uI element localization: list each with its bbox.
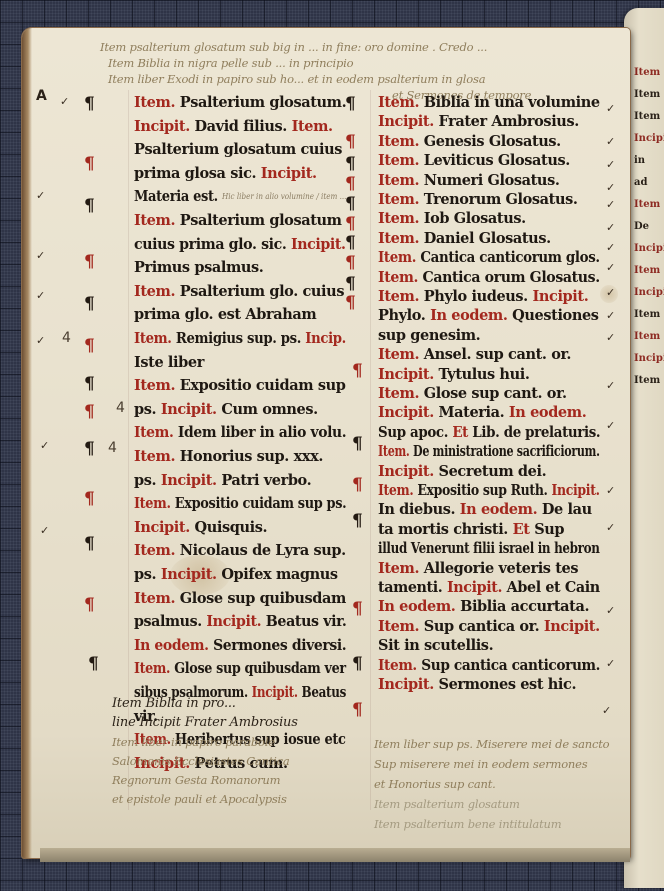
rubric-text: In eodem. <box>378 598 455 615</box>
entry-line: Sup apoc. Et Lib. de prelaturis. <box>378 424 600 442</box>
check-mark-icon: ✓ <box>36 250 45 262</box>
entry-text: Secretum dei. <box>434 463 546 480</box>
entry-line: Item. Numeri Glosatus. <box>378 172 560 190</box>
rubric-text: Item. <box>134 330 172 347</box>
entry-text: sup genesim. <box>378 327 480 344</box>
entry-text: Remigius sup. ps. <box>172 330 306 347</box>
rubric-text: In eodem. <box>430 307 507 324</box>
facing-page-line: Item <box>634 200 664 209</box>
rubric-text: Item. <box>378 210 419 227</box>
paraph-mark-icon: ¶ <box>345 175 356 193</box>
rubric-text: Item. <box>134 94 175 111</box>
rubric-text: Item. <box>134 424 173 441</box>
facing-page-edge: ItemItemItemIncipitinadItemDeIncipitItem… <box>624 8 664 888</box>
entry-text: Cum omnes. <box>217 401 318 418</box>
check-mark-icon: ✓ <box>606 605 615 617</box>
check-mark-icon: ✓ <box>36 335 45 347</box>
top-note-line-1: Item psalterium glosatum sub big in ... … <box>100 40 487 54</box>
check-mark-icon: ✓ <box>606 658 615 670</box>
check-mark-icon: ✓ <box>36 190 45 202</box>
check-mark-icon: ✓ <box>606 136 615 148</box>
entry-line: Item. Sup cantica canticorum. <box>378 657 600 675</box>
added-entry: et Honorius sup cant. <box>374 777 496 791</box>
rubric-text: In eodem. <box>460 501 537 518</box>
added-entry: Sup miserere mei in eodem sermones <box>374 757 587 771</box>
entry-text: Expositio sup Ruth. <box>413 482 551 499</box>
entry-text: Questiones <box>508 307 599 324</box>
entry-line: Incipit. David filius. Item. <box>134 118 333 136</box>
entry-text: Beatus vir. <box>261 613 346 630</box>
entry-line: cuius prima glo. sic. Incipit. <box>134 236 346 254</box>
paraph-mark-icon: ¶ <box>352 362 363 380</box>
rubric-text: Item. <box>292 118 333 135</box>
entry-line: Primus psalmus. <box>134 259 263 277</box>
entry-line: Item. Daniel Glosatus. <box>378 230 551 248</box>
check-mark-icon: ✓ <box>606 380 615 392</box>
rubric-text: Item. <box>378 230 419 247</box>
entry-line: Item. Psalterium glo. cuius <box>134 283 344 301</box>
added-entry: Item psalterium bene intitulatum <box>374 817 561 831</box>
entry-line: Phylo. In eodem. Questiones <box>378 307 599 325</box>
rubric-text: Incipit. <box>378 676 434 693</box>
rubric-text: Item. <box>378 482 413 499</box>
rubric-text: Incipit. <box>291 236 346 253</box>
entry-text: Honorius sup. xxx. <box>175 448 323 465</box>
entry-line: In eodem. Biblia accurtata. <box>378 598 589 616</box>
entry-line: Item. Glose sup quibusdam ver <box>134 660 346 678</box>
rubric-text: Incipit. <box>378 113 434 130</box>
entry-text: Leviticus Glosatus. <box>419 152 570 169</box>
entry-line: Item. Idem liber in alio volu. <box>134 424 346 442</box>
facing-page-line: Item <box>634 310 664 319</box>
rubric-text: Incipit. <box>261 165 317 182</box>
entry-text: Materia est. <box>134 188 222 205</box>
paraph-mark-icon: ¶ <box>84 95 95 113</box>
entry-text: Glose sup quibusdam <box>175 590 346 607</box>
added-entry: Item liber in papiro parabole <box>112 735 275 749</box>
check-mark-icon: ✓ <box>606 199 615 211</box>
rubric-text: Item. <box>378 618 419 635</box>
entry-line: Item. Genesis Glosatus. <box>378 133 561 151</box>
facing-page-line: De <box>634 222 664 231</box>
rubric-text: Incipit. <box>206 613 261 630</box>
entry-line: Item. Cantica canticorum glos. <box>378 249 600 267</box>
entry-line: prima glosa sic. Incipit. <box>134 165 317 183</box>
entry-text: Materia. <box>434 404 509 421</box>
entry-line: Incipit. Materia. In eodem. <box>378 404 586 422</box>
rubric-text: Item. <box>378 133 419 150</box>
paraph-mark-icon: ¶ <box>345 95 356 113</box>
entry-text: illud Venerunt filii israel in hebron <box>378 540 600 557</box>
rubric-text: Item. <box>134 590 175 607</box>
margin-mark-4: 4 <box>116 400 125 416</box>
entry-text: Primus psalmus. <box>134 259 263 276</box>
paraph-mark-icon: ¶ <box>84 197 95 215</box>
entry-line: Item. De ministratione sacrificiorum. <box>378 443 600 461</box>
added-entry: Item psalterium glosatum <box>374 797 520 811</box>
rubric-text: Item. <box>378 191 419 208</box>
check-mark-icon: ✓ <box>40 525 49 537</box>
ruling-line-right <box>370 90 371 810</box>
rubric-text: Incipit. <box>378 366 434 383</box>
rubric-text: Item. <box>134 660 170 677</box>
check-mark-icon: ✓ <box>606 332 615 344</box>
entry-line: Item. Expositio cuidam sup <box>134 377 346 395</box>
rubric-text: In eodem. <box>509 404 586 421</box>
entry-text: Allegorie veteris tes <box>419 560 578 577</box>
rubric-text: Incipit. <box>252 684 298 701</box>
rubric-text: Et <box>452 424 468 441</box>
entry-text: Lib. de prelaturis. <box>468 424 600 441</box>
rubric-text: Item. <box>134 377 175 394</box>
rubric-text: Item. <box>378 560 419 577</box>
paraph-mark-icon: ¶ <box>88 655 99 673</box>
entry-text: psalmus. <box>134 613 206 630</box>
rubric-text: Et <box>513 521 530 538</box>
entry-text: Iob Glosatus. <box>419 210 526 227</box>
entry-text: Nicolaus de Lyra sup. <box>175 542 346 559</box>
check-mark-icon: ✓ <box>60 96 69 108</box>
paraph-mark-icon: ¶ <box>84 337 95 355</box>
entry-text: Ansel. sup cant. or. <box>419 346 571 363</box>
entry-line: Incipit. Quisquis. <box>134 519 267 537</box>
rubric-text: Incipit. <box>552 482 600 499</box>
entry-text: Sup apoc. <box>378 424 452 441</box>
paraph-mark-icon: ¶ <box>345 234 356 252</box>
entry-line: ps. Incipit. Cum omnes. <box>134 401 318 419</box>
entry-text: prima glosa sic. <box>134 165 261 182</box>
check-mark-icon: ✓ <box>606 182 615 194</box>
entry-line: illud Venerunt filii israel in hebron <box>378 540 600 558</box>
entry-text: Phylo iudeus. <box>419 288 532 305</box>
paraph-mark-icon: ¶ <box>352 655 363 673</box>
rubric-text: Item. <box>134 212 175 229</box>
paraph-mark-icon: ¶ <box>345 215 356 233</box>
entry-text: Psalterium glosatum cuius <box>134 141 342 158</box>
entry-text: ps. <box>134 472 161 489</box>
paraph-mark-icon: ¶ <box>84 440 95 458</box>
entry-text: De ministratione sacrificiorum. <box>409 443 599 460</box>
entry-line: Iste liber <box>134 354 204 372</box>
rubric-text: Incip. <box>305 330 346 347</box>
paraph-mark-icon: ¶ <box>84 596 95 614</box>
entry-text: Beatus <box>298 684 346 701</box>
entry-line: psalmus. Incipit. Beatus vir. <box>134 613 346 631</box>
entry-line: prima glo. est Abraham <box>134 306 316 324</box>
entry-line: Incipit. Tytulus hui. <box>378 366 529 384</box>
entry-line: ta mortis christi. Et Sup <box>378 521 564 539</box>
check-mark-icon: ✓ <box>602 705 611 717</box>
check-mark-icon: ✓ <box>606 159 615 171</box>
paraph-mark-icon: ¶ <box>345 254 356 272</box>
entry-line: Item. Glose sup quibusdam <box>134 590 346 608</box>
facing-page-line: ad <box>634 178 664 187</box>
entry-line: In eodem. Sermones diversi. <box>134 637 346 655</box>
entry-text: Sup cantica canticorum. <box>417 657 600 674</box>
paraph-mark-icon: ¶ <box>352 435 363 453</box>
facing-page-line: Incipit <box>634 244 664 253</box>
paraph-mark-icon: ¶ <box>84 253 95 271</box>
check-mark-icon: ✓ <box>40 440 49 452</box>
rubric-text: Item. <box>378 152 419 169</box>
paraph-mark-icon: ¶ <box>352 600 363 618</box>
entry-text: ps. <box>134 401 161 418</box>
check-mark-icon: ✓ <box>606 222 615 234</box>
entry-line: Item. Phylo iudeus. Incipit. <box>378 288 588 306</box>
top-note-line-3: Item liber Exodi in papiro sub ho... et … <box>108 72 485 86</box>
rubric-text: Item. <box>378 443 409 460</box>
paraph-mark-icon: ¶ <box>84 375 95 393</box>
entry-text: In diebus. <box>378 501 460 518</box>
entry-line: Sit in scutellis. <box>378 637 493 655</box>
entry-line: Item. Nicolaus de Lyra sup. <box>134 542 346 560</box>
entry-line: Incipit. Frater Ambrosius. <box>378 113 579 131</box>
top-note-line-2: Item Biblia in nigra pelle sub ... in pr… <box>108 56 353 70</box>
entry-text: tamenti. <box>378 579 447 596</box>
facing-page-line: Incipit <box>634 288 664 297</box>
entry-text: Sup cantica or. <box>419 618 544 635</box>
facing-page-line: in <box>634 156 664 165</box>
entry-line: Item. Leviticus Glosatus. <box>378 152 570 170</box>
entry-text: Psalterium glosatum <box>175 212 341 229</box>
entry-text: cuius prima glo. sic. <box>134 236 291 253</box>
rubric-text: Incipit. <box>378 463 434 480</box>
entry-text: Psalterium glosatum. <box>175 94 346 111</box>
entry-text: Biblia in una volumine <box>419 94 600 111</box>
paraph-mark-icon: ¶ <box>84 535 95 553</box>
rubric-text: Incipit. <box>161 472 217 489</box>
entry-line: Item. Trenorum Glosatus. <box>378 191 578 209</box>
paraph-mark-icon: ¶ <box>345 195 356 213</box>
shelfmark-letter: A <box>36 88 47 104</box>
entry-text: Numeri Glosatus. <box>419 172 559 189</box>
check-mark-icon: ✓ <box>606 262 615 274</box>
entry-text: Expositio cuidam sup <box>175 377 345 394</box>
entry-text: ta mortis christi. <box>378 521 513 538</box>
entry-text: Quisquis. <box>190 519 267 536</box>
rubric-text: Item. <box>378 172 419 189</box>
rubric-text: Incipit. <box>447 579 502 596</box>
paraph-mark-icon: ¶ <box>345 294 356 312</box>
entry-text: Trenorum Glosatus. <box>419 191 577 208</box>
rubric-text: Item. <box>134 283 175 300</box>
entry-line: Psalterium glosatum cuius <box>134 141 342 159</box>
rubric-text: Incipit. <box>161 566 217 583</box>
rubric-text: Item. <box>378 94 419 111</box>
facing-page-line: Item <box>634 266 664 275</box>
added-entry: Item Biblia in pro... <box>112 697 236 711</box>
rubric-text: Item. <box>378 288 419 305</box>
entry-text: Sermones est hic. <box>434 676 576 693</box>
entry-line: Incipit. Secretum dei. <box>378 463 546 481</box>
added-entry: et epistole pauli et Apocalypsis <box>112 792 287 806</box>
margin-mark-4: 4 <box>108 440 117 456</box>
margin-mark-4: 4 <box>62 330 71 346</box>
rubric-text: Incipit. <box>544 618 600 635</box>
entry-line: Item. Iob Glosatus. <box>378 210 526 228</box>
entry-text: Opifex magnus <box>217 566 338 583</box>
entry-line: Item. Glose sup cant. or. <box>378 385 567 403</box>
rubric-text: Incipit. <box>134 519 190 536</box>
paraph-mark-icon: ¶ <box>352 701 363 719</box>
entry-text: De lau <box>537 501 592 518</box>
entry-text: Idem liber in alio volu. <box>173 424 346 441</box>
entry-text: Daniel Glosatus. <box>419 230 551 247</box>
entry-text: Patri verbo. <box>217 472 312 489</box>
entry-text: prima glo. est Abraham <box>134 306 316 323</box>
entry-line: Item. Biblia in una volumine <box>378 94 600 112</box>
page-binding-edge <box>22 28 32 858</box>
paraph-mark-icon: ¶ <box>84 155 95 173</box>
entry-text: Sermones diversi. <box>209 637 347 654</box>
facing-page-line: Item <box>634 68 664 77</box>
entry-line: Item. Sup cantica or. Incipit. <box>378 618 600 636</box>
check-mark-icon: ✓ <box>606 310 615 322</box>
entry-text: Sup <box>530 521 565 538</box>
entry-text: Tytulus hui. <box>434 366 530 383</box>
entry-text: ps. <box>134 566 161 583</box>
entry-text: Cantica canticorum glos. <box>416 249 600 266</box>
paraph-mark-icon: ¶ <box>345 155 356 173</box>
entry-line: Item. Honorius sup. xxx. <box>134 448 323 466</box>
rubric-text: Item. <box>378 249 416 266</box>
paraph-mark-icon: ¶ <box>84 490 95 508</box>
rubric-text: Incipit. <box>378 404 434 421</box>
rubric-text: Item. <box>134 542 175 559</box>
entry-line: In diebus. In eodem. De lau <box>378 501 592 519</box>
rubric-text: Item. <box>378 385 419 402</box>
entry-line: Item. Remigius sup. ps. Incip. <box>134 330 346 348</box>
rubric-text: Item. <box>378 346 419 363</box>
check-mark-icon: ✓ <box>606 103 615 115</box>
entry-text: Cantica orum Glosatus. <box>418 269 600 286</box>
facing-page-line: Item <box>634 376 664 385</box>
entry-line: tamenti. Incipit. Abel et Cain <box>378 579 600 597</box>
added-entry: Regnorum Gesta Romanorum <box>112 773 280 787</box>
check-mark-icon: ✓ <box>606 420 615 432</box>
entry-line: Item. Cantica orum Glosatus. <box>378 269 600 287</box>
entry-line: Item. Expositio sup Ruth. Incipit. <box>378 482 600 500</box>
rubric-text: Incipit. <box>532 288 588 305</box>
entry-line: ps. Incipit. Opifex magnus <box>134 566 338 584</box>
entry-text: Biblia accurtata. <box>455 598 589 615</box>
rubric-text: Item. <box>378 269 418 286</box>
added-entry: line Incipit Frater Ambrosius <box>112 716 298 730</box>
entry-text: Sit in scutellis. <box>378 637 493 654</box>
check-mark-icon: ✓ <box>606 287 615 299</box>
check-mark-icon: ✓ <box>606 522 615 534</box>
paraph-mark-icon: ¶ <box>345 275 356 293</box>
entry-line: sup genesim. <box>378 327 480 345</box>
facing-page-line: Item <box>634 112 664 121</box>
paraph-mark-icon: ¶ <box>345 133 356 151</box>
entry-line: ps. Incipit. Patri verbo. <box>134 472 311 490</box>
rubric-text: Item. <box>134 495 171 512</box>
entry-text: Phylo. <box>378 307 430 324</box>
entry-line: Item. Psalterium glosatum <box>134 212 342 230</box>
entry-line: Item. Ansel. sup cant. or. <box>378 346 571 364</box>
entry-text: Psalterium glo. cuius <box>175 283 344 300</box>
facing-page-line: Item <box>634 332 664 341</box>
paraph-mark-icon: ¶ <box>352 476 363 494</box>
rubric-text: Incipit. <box>134 118 190 135</box>
added-entry: Item liber sup ps. Miserere mei de sanct… <box>374 737 609 751</box>
entry-text: Genesis Glosatus. <box>419 133 561 150</box>
entry-text: Glose sup cant. or. <box>419 385 567 402</box>
rubric-text: Incipit. <box>161 401 217 418</box>
facing-page-line: Item <box>634 90 664 99</box>
entry-line: Item. Allegorie veteris tes <box>378 560 578 578</box>
rubric-text: Item. <box>378 657 417 674</box>
page-bottom-edge <box>40 848 630 862</box>
rubric-text: Item. <box>134 448 175 465</box>
entry-line: Item. Psalterium glosatum. <box>134 94 346 112</box>
entry-text: David filius. <box>190 118 292 135</box>
marginal-note: Hic liber in alio volumine / item ... <box>222 192 346 201</box>
entry-text: Iste liber <box>134 354 204 371</box>
rubric-text: In eodem. <box>134 637 209 654</box>
paraph-mark-icon: ¶ <box>84 403 95 421</box>
facing-page-line: Incipit <box>634 354 664 363</box>
entry-line: Incipit. Sermones est hic. <box>378 676 576 694</box>
facing-page-line: Incipit <box>634 134 664 143</box>
entry-text: Glose sup quibusdam ver <box>170 660 346 677</box>
entry-text: Abel et Cain <box>502 579 600 596</box>
check-mark-icon: ✓ <box>606 242 615 254</box>
entry-text: Expositio cuidam sup ps. <box>171 495 347 512</box>
added-entry: Salomonis Ecclesiastes Cantica <box>112 754 290 768</box>
check-mark-icon: ✓ <box>36 290 45 302</box>
entry-line: Item. Expositio cuidam sup ps. <box>134 495 346 513</box>
entry-line: Materia est. Hic liber in alio volumine … <box>134 188 346 206</box>
paraph-mark-icon: ¶ <box>84 295 95 313</box>
check-mark-icon: ✓ <box>606 485 615 497</box>
entry-text: Frater Ambrosius. <box>434 113 579 130</box>
paraph-mark-icon: ¶ <box>352 512 363 530</box>
